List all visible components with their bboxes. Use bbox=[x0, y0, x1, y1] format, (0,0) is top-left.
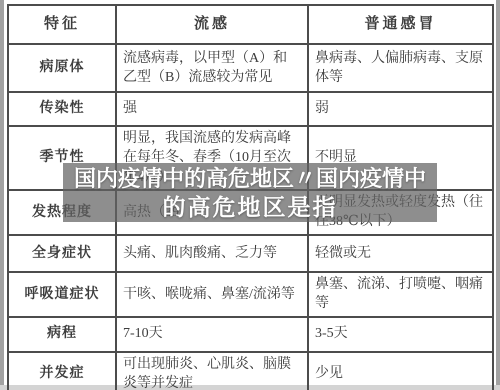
row-label: 病原体 bbox=[8, 44, 116, 92]
cold-cell: 少见 bbox=[308, 352, 493, 390]
overlay-caption-line2: 的高危地区是指 bbox=[163, 193, 338, 221]
cold-cell: 鼻病毒、人偏肺病毒、支原体等 bbox=[308, 44, 493, 92]
cold-cell: 轻微或无 bbox=[308, 235, 493, 272]
header-row: 特征 流感 普通感冒 bbox=[8, 5, 493, 44]
cold-cell: 弱 bbox=[308, 92, 493, 126]
row-label: 呼吸道症状 bbox=[8, 272, 116, 317]
table-row-systemic-symptoms: 全身症状 头痛、肌肉酸痛、乏力等 轻微或无 bbox=[8, 235, 493, 272]
flu-cell: 流感病毒，以甲型（A）和乙型（B）流感较为常见 bbox=[116, 44, 308, 92]
flu-cell: 可出现肺炎、心肌炎、脑膜炎等并发症 bbox=[116, 352, 308, 390]
row-label: 全身症状 bbox=[8, 235, 116, 272]
right-edge-strip bbox=[496, 0, 500, 390]
header-flu: 流感 bbox=[116, 5, 308, 44]
flu-cell: 强 bbox=[116, 92, 308, 126]
cold-cell: 鼻塞、流涕、打喷嚏、咽痛等 bbox=[308, 272, 493, 317]
table-row-complications: 并发症 可出现肺炎、心肌炎、脑膜炎等并发症 少见 bbox=[8, 352, 493, 390]
flu-cell: 干咳、喉咙痛、鼻塞/流涕等 bbox=[116, 272, 308, 317]
row-label: 病程 bbox=[8, 317, 116, 352]
table-row-respiratory-symptoms: 呼吸道症状 干咳、喉咙痛、鼻塞/流涕等 鼻塞、流涕、打喷嚏、咽痛等 bbox=[8, 272, 493, 317]
table-row-disease-course: 病程 7-10天 3-5天 bbox=[8, 317, 493, 352]
row-label: 传染性 bbox=[8, 92, 116, 126]
table-row-pathogen: 病原体 流感病毒，以甲型（A）和乙型（B）流感较为常见 鼻病毒、人偏肺病毒、支原… bbox=[8, 44, 493, 92]
left-edge-strip bbox=[0, 0, 4, 390]
header-feature: 特征 bbox=[8, 5, 116, 44]
overlay-caption-line1: 国内疫情中的高危地区〃国内疫情中 bbox=[74, 165, 426, 193]
flu-cell: 头痛、肌肉酸痛、乏力等 bbox=[116, 235, 308, 272]
row-label: 并发症 bbox=[8, 352, 116, 390]
table-row-infectivity: 传染性 强 弱 bbox=[8, 92, 493, 126]
header-cold: 普通感冒 bbox=[308, 5, 493, 44]
flu-cell: 7-10天 bbox=[116, 317, 308, 352]
page: 特征 流感 普通感冒 病原体 流感病毒，以甲型（A）和乙型（B）流感较为常见 鼻… bbox=[0, 0, 500, 390]
cold-cell: 3-5天 bbox=[308, 317, 493, 352]
watermark-caption-overlay: 国内疫情中的高危地区〃国内疫情中 的高危地区是指 bbox=[63, 163, 437, 222]
